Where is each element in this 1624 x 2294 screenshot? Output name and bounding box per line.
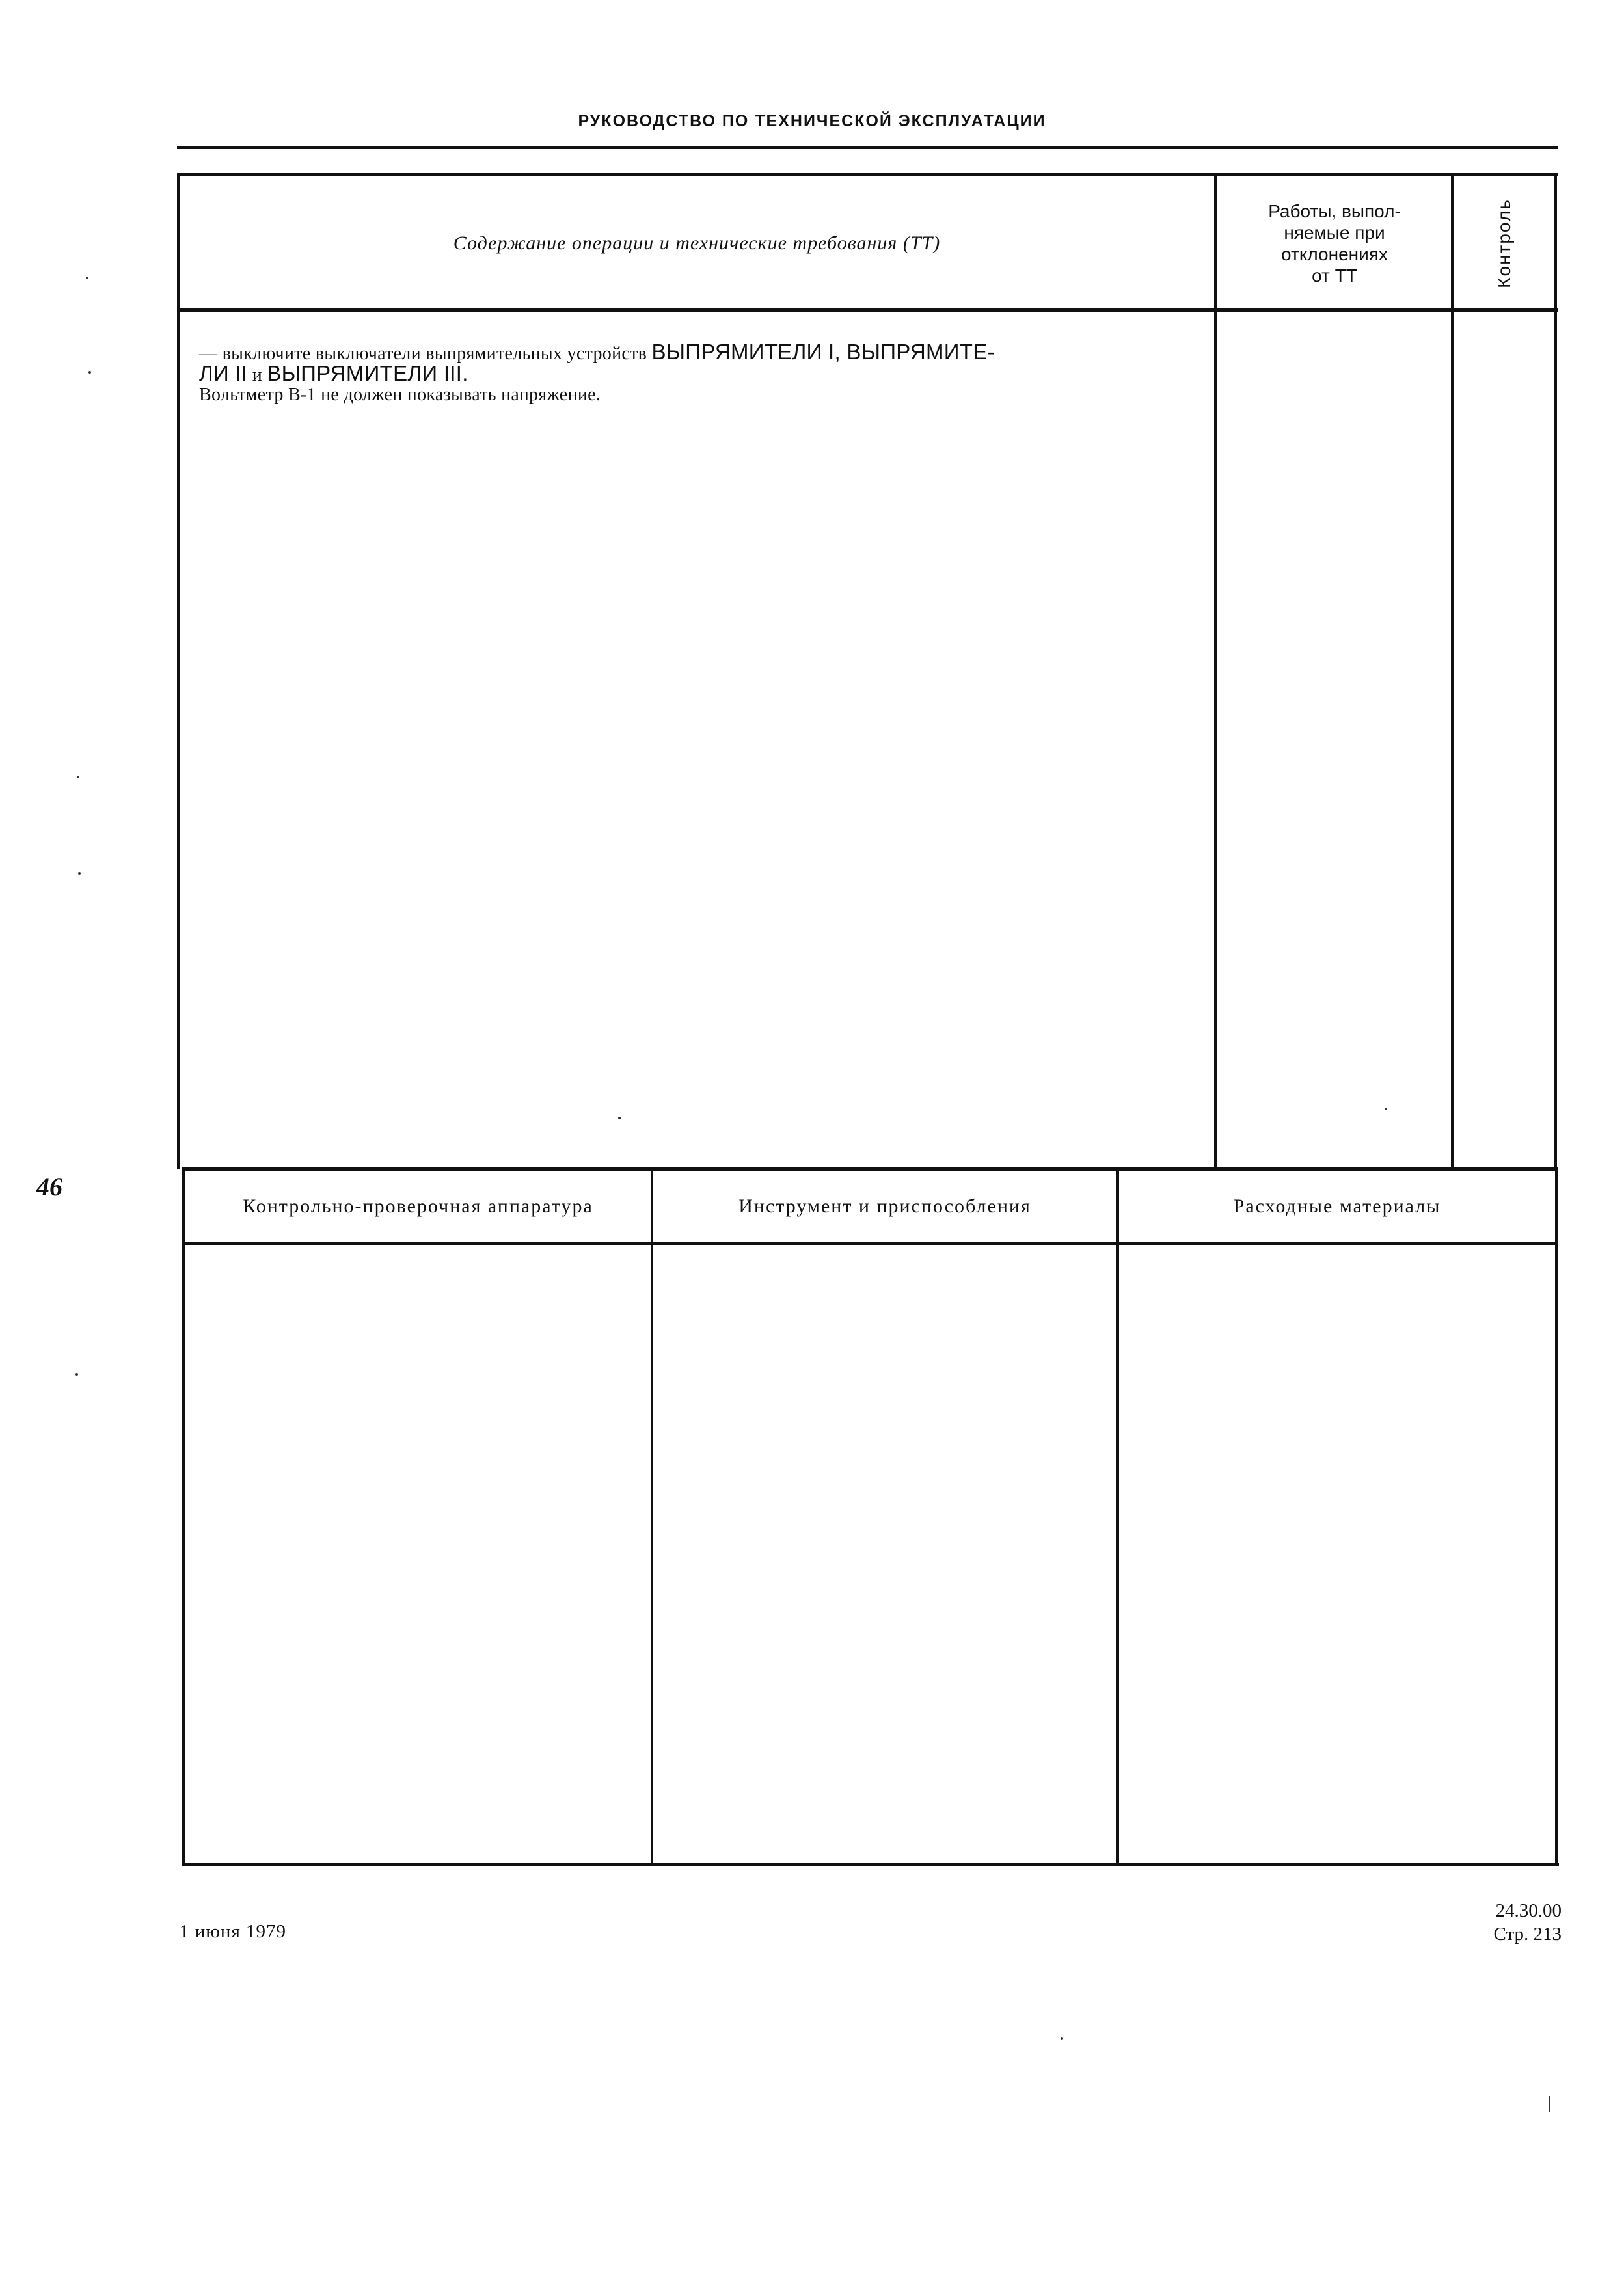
running-head: РУКОВОДСТВО ПО ТЕХНИЧЕСКОЙ ЭКСПЛУАТАЦИИ	[0, 112, 1624, 131]
header-line: Работы, выпол-	[1268, 200, 1401, 222]
lower-column-divider	[1116, 1167, 1119, 1866]
header-line: няемые при	[1268, 222, 1401, 243]
header-line: отклонениях	[1268, 243, 1401, 265]
header-rule	[177, 146, 1558, 149]
footer-date: 1 июня 1979	[180, 1921, 286, 1943]
lower-border-left	[182, 1167, 185, 1866]
lower-column-divider	[651, 1167, 653, 1866]
handwritten-margin-note: 46	[36, 1171, 62, 1202]
table-border-left	[177, 173, 180, 1169]
doc-number: 24.30.00	[1494, 1899, 1562, 1922]
header-control: Контроль	[1455, 177, 1554, 310]
header-consumables: Расходные материалы	[1119, 1170, 1555, 1243]
table-border-top	[177, 173, 1558, 176]
header-content: Содержание операции и технические требов…	[180, 177, 1214, 310]
text: ВЫПРЯМИТЕЛИ III.	[267, 361, 468, 385]
lower-border-right	[1555, 1167, 1558, 1866]
footer-doc-ref: 24.30.00 Стр. 213	[1494, 1899, 1562, 1946]
column-divider	[1214, 173, 1217, 1169]
column-divider	[1451, 173, 1454, 1169]
operation-text: — выключите выключатели выпрямительных у…	[199, 342, 1201, 405]
header-test-equipment: Контрольно-проверочная аппаратура	[185, 1170, 651, 1243]
page-number: Стр. 213	[1494, 1922, 1562, 1946]
header-work-on-deviation: Работы, выпол- няемые при отклонениях от…	[1218, 177, 1451, 310]
header-control-label: Контроль	[1494, 198, 1515, 288]
lower-table-bottom	[182, 1863, 1559, 1866]
operation-line-3: Вольтметр В-1 не должен показывать напря…	[199, 385, 1201, 405]
text: и	[247, 365, 267, 385]
text: ЛИ II	[199, 361, 247, 385]
table-border-right	[1554, 173, 1557, 1169]
header-tools: Инструмент и приспособления	[653, 1170, 1116, 1243]
header-line: от ТТ	[1268, 265, 1401, 286]
text: ВЫПРЯМИТЕЛИ I, ВЫПРЯМИТЕ-	[651, 340, 994, 364]
operation-line-2: ЛИ II и ВЫПРЯМИТЕЛИ III.	[199, 364, 1201, 385]
